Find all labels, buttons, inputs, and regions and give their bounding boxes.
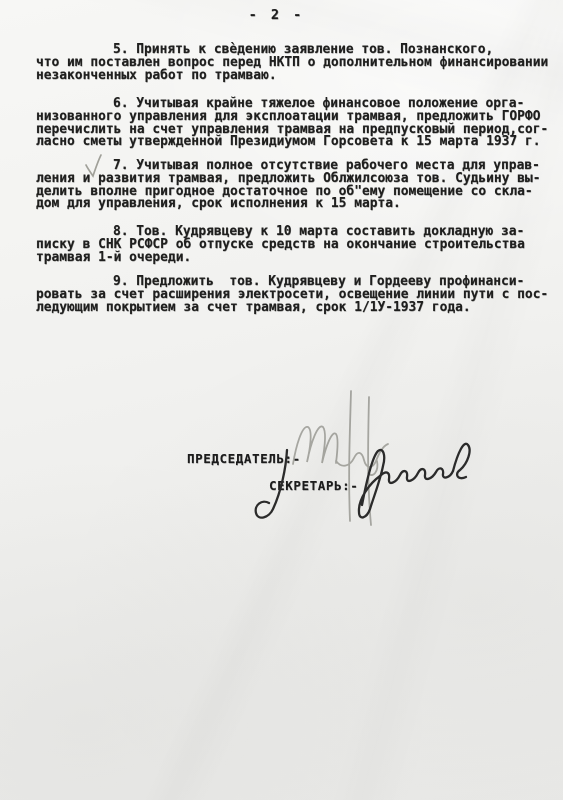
paragraph-7: 7. Учитывая полное отсутствие рабочего м…	[36, 160, 563, 211]
scanned-document-page: - 2 - 5. Принять к свѐдению заявление то…	[0, 0, 563, 800]
chairman-signature	[293, 391, 388, 525]
secretary-label: СЕКРЕТАРЬ:-	[269, 478, 358, 493]
paragraph-8: 8. Тов. Кудрявцеву к 10 марта составить …	[36, 226, 563, 264]
paragraph-5: 5. Принять к свѐдению заявление тов. Поз…	[36, 44, 563, 82]
page-number: - 2 -	[0, 7, 553, 23]
chairman-label: ПРЕДСЕДАТЕЛЬ:-	[187, 451, 301, 466]
paragraph-6: 6. Учитывая крайне тяжелое финансовое по…	[36, 98, 563, 149]
paragraph-9: 9. Предложить тов. Кудрявцеву и Гордееву…	[36, 276, 563, 314]
